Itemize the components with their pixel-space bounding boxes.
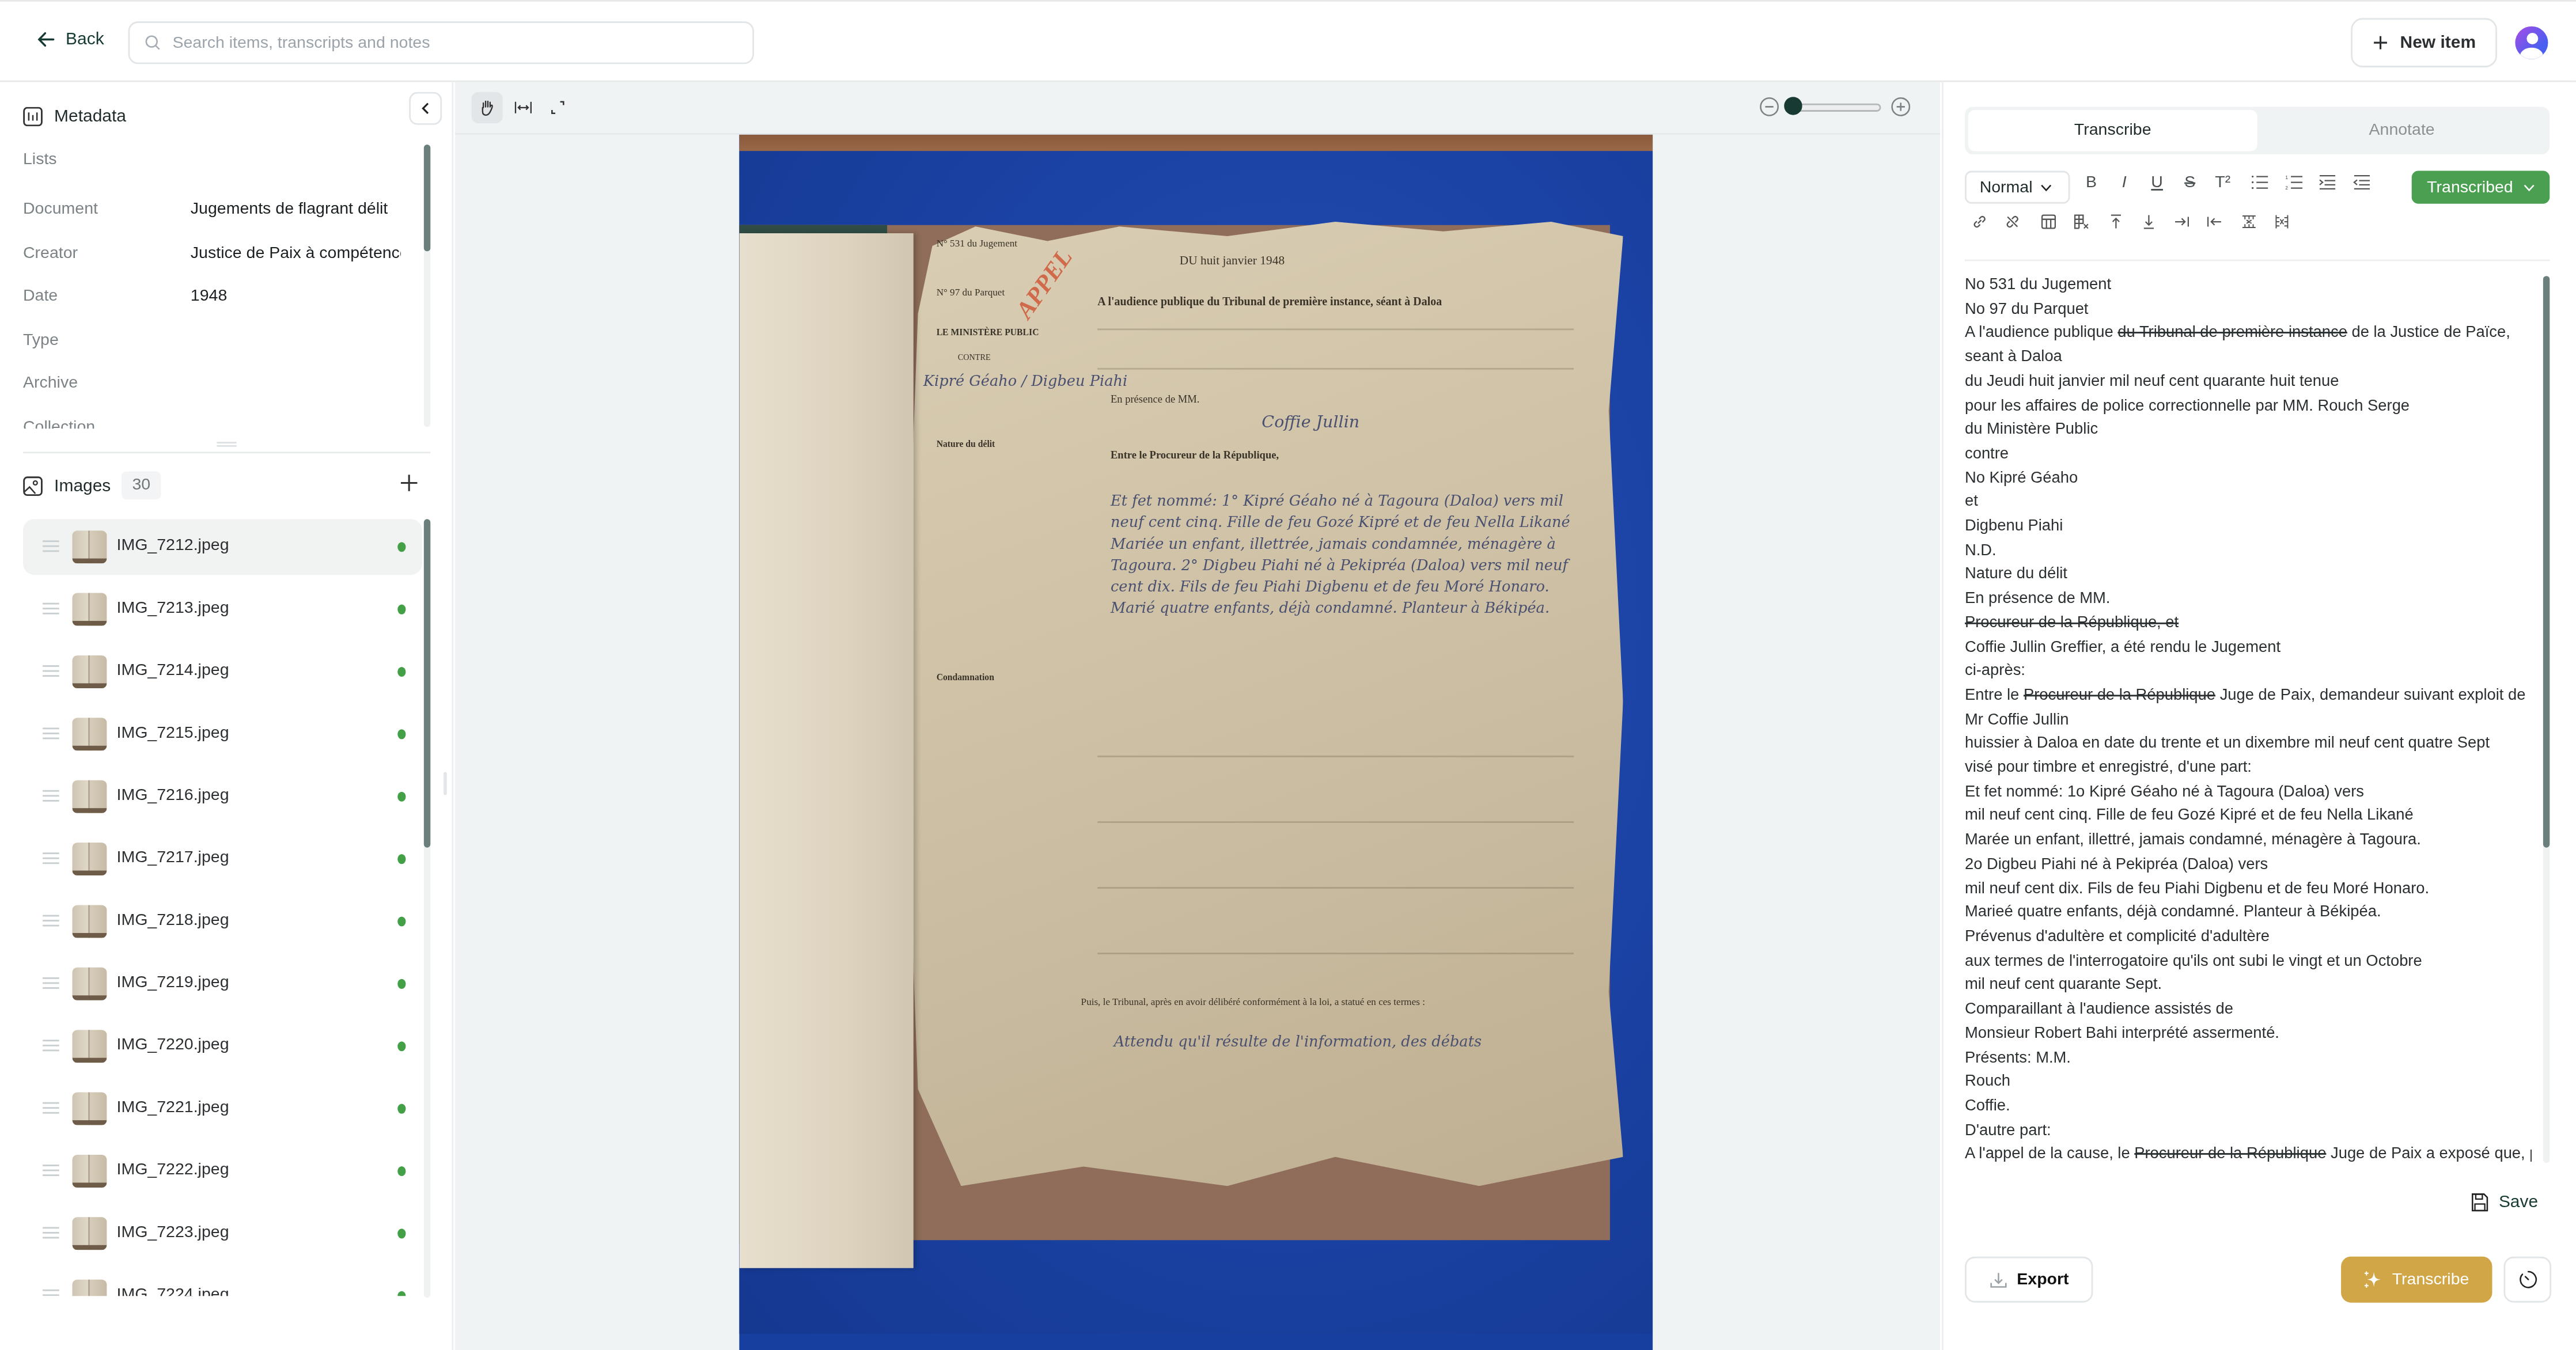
underline-icon[interactable]: U [2146, 171, 2169, 194]
fullscreen-button[interactable] [542, 92, 573, 123]
image-list: IMG_7212.jpeg IMG_7213.jpeg IMG_7214.jpe… [23, 519, 422, 1296]
fit-width-button[interactable] [507, 92, 539, 123]
doc-rule [1097, 887, 1574, 888]
transcribe-label: Transcribe [2392, 1271, 2469, 1288]
transcript-text: Monsieur Robert Bahi interprété assermen… [1965, 1025, 2279, 1042]
transcript-line[interactable]: Procureur de la République, et [1965, 612, 2532, 636]
image-name: IMG_7215.jpeg [116, 725, 229, 742]
back-button[interactable]: Back [36, 29, 104, 49]
superscript-icon[interactable]: T² [2211, 171, 2234, 194]
photo-left-flap [739, 233, 913, 1268]
transcript-text: du Jeudi huit janvier mil neuf cent quar… [1965, 373, 2339, 390]
image-list-item[interactable]: IMG_7222.jpeg [23, 1143, 422, 1199]
drag-handle-icon[interactable] [43, 727, 59, 739]
transcript-text: aux termes de l'interrogatoire qu'ils on… [1965, 952, 2422, 970]
insert-row-below-icon[interactable] [2137, 210, 2160, 233]
transcript-text: mil neuf cent cinq. Fille de feu Gozé Ki… [1965, 807, 2414, 825]
drag-handle-icon[interactable] [43, 603, 59, 615]
transcript-text: Juge de Paix, demandeur suivant exploit … [2215, 687, 2525, 704]
transcript-line[interactable]: Présents: M.M. [1965, 1047, 2532, 1071]
transcript-line[interactable]: Mr Coffie Jullin [1965, 709, 2532, 733]
transcript-line[interactable]: ci-après: [1965, 661, 2532, 685]
status-dot-icon [397, 729, 406, 739]
status-dot-icon [397, 1041, 406, 1051]
unlink-icon[interactable] [2001, 210, 2024, 233]
search-icon [145, 35, 161, 51]
transcription-status-dropdown[interactable]: Transcribed [2412, 171, 2550, 204]
transcript-text: Rouch [1965, 1073, 2010, 1091]
save-label: Save [2499, 1193, 2538, 1212]
status-dot-icon [397, 1104, 406, 1114]
zoom-out-icon[interactable] [1759, 97, 1779, 116]
bold-icon[interactable]: B [2080, 171, 2103, 194]
transcript-text: pour les affaires de police correctionne… [1965, 397, 2410, 415]
italic-icon[interactable]: I [2113, 171, 2136, 194]
transcript-line[interactable]: contre [1965, 443, 2532, 468]
doc-hand-body: Et fet nommé: 1° Kipré Géaho né à Tagour… [1111, 493, 1587, 621]
transcript-line[interactable]: du Ministère Public [1965, 419, 2532, 443]
document-image[interactable]: N° 531 du Jugement N° 97 du Parquet APPE… [739, 135, 1653, 1350]
transcript-line[interactable]: N.D. [1965, 540, 2532, 564]
status-dot-icon [397, 1228, 406, 1238]
hand-icon [478, 98, 496, 116]
panel-divider [23, 452, 430, 453]
transcript-text: Mr Coffie Jullin [1965, 711, 2069, 729]
images-scrollbar-thumb[interactable] [424, 519, 430, 847]
download-icon [1989, 1271, 2007, 1288]
transcript-text: Présents: M.M. [1965, 1049, 2071, 1067]
transcript-line[interactable]: Comparaillant à l'audience assistés de [1965, 999, 2532, 1023]
photo-page-text: N° 531 du Jugement N° 97 du Parquet APPE… [916, 230, 1607, 1174]
zoom-in-icon[interactable] [1891, 97, 1911, 116]
doc-condamnation: Condamnation [937, 673, 994, 683]
add-image-plus-icon[interactable] [397, 472, 421, 495]
drag-handle-icon[interactable] [43, 790, 59, 802]
status-dot-icon [397, 792, 406, 802]
images-header: Images 30 [23, 472, 160, 499]
plus-icon [2372, 35, 2389, 51]
image-thumbnail [72, 968, 107, 1000]
transcript-line[interactable]: No 531 du Jugement [1965, 274, 2532, 298]
drag-handle-icon[interactable] [43, 1290, 59, 1296]
transcript-line[interactable]: visé pour timbre et enregistré, d'une pa… [1965, 757, 2532, 782]
image-list-item[interactable]: IMG_7221.jpeg [23, 1081, 422, 1137]
metadata-icon [23, 107, 43, 126]
image-thumbnail [72, 1093, 107, 1125]
numbered-list-icon[interactable]: 12 [2282, 171, 2305, 194]
struck-text: Procureur de la République [2024, 687, 2215, 704]
image-thumbnail [72, 593, 107, 626]
doc-rule [1097, 953, 1574, 954]
transcription-editor[interactable]: No 531 du JugementNo 97 du ParquetA l'au… [1965, 274, 2532, 1166]
top-bar: Back New item [0, 0, 2576, 82]
expand-icon [550, 100, 565, 115]
strikethrough-icon[interactable]: S [2179, 171, 2202, 194]
doc-rule [1097, 368, 1574, 369]
transcript-text: seant à Daloa [1965, 348, 2062, 366]
doc-hand-attendu: Attendu qu'il résulte de l'information, … [1114, 1035, 1482, 1052]
save-button[interactable]: Save [2471, 1193, 2538, 1212]
transcript-text: A l'audience publique [1965, 324, 2117, 342]
field-value-document[interactable]: Jugements de flagrant délit [191, 200, 401, 218]
transcript-text: Entre le [1965, 687, 2024, 704]
transcript-line[interactable]: No Kipré Géaho [1965, 468, 2532, 492]
image-thumbnail [72, 1280, 107, 1296]
mode-tabs: Transcribe Annotate [1965, 107, 2550, 154]
image-name: IMG_7218.jpeg [116, 912, 229, 930]
zoom-slider[interactable] [1789, 103, 1881, 111]
export-label: Export [2017, 1271, 2069, 1288]
chevron-down-icon [2523, 183, 2535, 191]
drag-handle-icon[interactable] [43, 915, 59, 927]
transcript-text: Prévenus d'adultère et complicité d'adul… [1965, 928, 2270, 946]
collapse-panel-button[interactable] [409, 92, 442, 125]
transcript-line[interactable]: Et fet nommé: 1o Kipré Géaho né à Tagour… [1965, 782, 2532, 806]
transcript-line[interactable]: mil neuf cent dix. Fils de feu Piahi Dig… [1965, 878, 2532, 902]
doc-rule [1097, 328, 1574, 329]
metadata-scrollbar-thumb[interactable] [424, 145, 430, 251]
transcript-line[interactable]: seant à Daloa [1965, 347, 2532, 371]
images-count-badge: 30 [122, 472, 160, 499]
struck-text: Procureur de la République, et [1965, 614, 2179, 632]
avatar-head [2526, 33, 2537, 44]
transcript-text: Nature du délit [1965, 566, 2067, 583]
transcription-panel: Transcribe Annotate Normal B I U S T² 12 [1942, 82, 2576, 1350]
app-root: Back New item Metadata Lists Document Ju… [0, 0, 2576, 1350]
delete-column-icon[interactable] [2270, 210, 2293, 233]
arrow-left-icon [36, 29, 56, 49]
transcript-line[interactable]: Rouch [1965, 1071, 2532, 1095]
transcript-text: Juge de Paix a exposé que, par [2326, 1146, 2532, 1163]
zoom-slider-thumb[interactable] [1784, 97, 1802, 115]
field-label-lists: Lists [23, 151, 57, 169]
image-thumbnail [72, 655, 107, 688]
transcript-text: N.D. [1965, 541, 1997, 559]
image-list-item[interactable]: IMG_7218.jpeg [23, 893, 422, 949]
transcript-line[interactable]: Coffie. [1965, 1095, 2532, 1120]
transcript-line[interactable]: Coffie Jullin Greffier, a été rendu le J… [1965, 636, 2532, 661]
viewer-toolbar [455, 82, 1940, 135]
text-style-value: Normal [1980, 178, 2033, 196]
timer-icon [2518, 1270, 2537, 1290]
transcript-text: Digbenu Piahi [1965, 517, 2063, 535]
text-style-select[interactable]: Normal [1965, 171, 2070, 204]
transcript-line[interactable]: mil neuf cent quarante Sept. [1965, 974, 2532, 999]
status-dot-icon [397, 916, 406, 926]
status-dot-icon [397, 979, 406, 989]
toolbar-divider [1965, 260, 2550, 261]
image-thumbnail [72, 843, 107, 875]
transcript-text: 2o Digbeu Piahi né à Pekipréa (Daloa) ve… [1965, 856, 2268, 874]
transcript-line[interactable]: No 97 du Parquet [1965, 298, 2532, 323]
image-name: IMG_7217.jpeg [116, 849, 229, 867]
pan-tool-button[interactable] [472, 92, 503, 123]
drag-handle-icon[interactable] [43, 1040, 59, 1051]
transcript-text: Marieé quatre enfants, déjà condamné. Pl… [1965, 904, 2381, 922]
field-label-archive: Archive [23, 374, 78, 392]
transcript-text: contre [1965, 445, 2009, 463]
transcript-line[interactable]: et [1965, 492, 2532, 516]
transcript-line[interactable]: A l'audience publique du Tribunal de pre… [1965, 323, 2532, 347]
transcript-line[interactable]: pour les affaires de police correctionne… [1965, 395, 2532, 419]
transcript-text: huissier à Daloa en date du trente et un… [1965, 735, 2490, 753]
images-title: Images [54, 476, 111, 495]
metadata-title: Metadata [54, 107, 126, 126]
status-dot-icon [397, 542, 406, 552]
new-item-label: New item [2400, 33, 2476, 52]
transcript-line[interactable]: D'autre part: [1965, 1120, 2532, 1144]
transcript-line[interactable]: du Jeudi huit janvier mil neuf cent quar… [1965, 371, 2532, 395]
field-value-creator[interactable]: Justice de Paix à compétence é [191, 245, 401, 263]
image-list-item[interactable]: IMG_7216.jpeg [23, 769, 422, 825]
image-list-item[interactable]: IMG_7223.jpeg [23, 1205, 422, 1261]
struck-text: du Tribunal de première instance [2117, 324, 2347, 342]
transcript-text: Coffie. [1965, 1097, 2010, 1115]
save-icon [2471, 1193, 2488, 1212]
sparkle-icon [2364, 1270, 2382, 1290]
transcript-text: ci-après: [1965, 662, 2025, 680]
transcript-line[interactable]: Digbenu Piahi [1965, 516, 2532, 540]
transcript-text: A l'appel de la cause, le [1965, 1146, 2134, 1163]
status-dot-icon [397, 605, 406, 615]
left-panel: Metadata Lists Document Jugements de fla… [0, 82, 453, 1350]
editor-scrollbar-thumb[interactable] [2543, 276, 2550, 847]
image-name: IMG_7222.jpeg [116, 1161, 229, 1179]
history-button[interactable] [2503, 1257, 2551, 1303]
panel-split-handle[interactable] [217, 442, 236, 447]
transcript-text: mil neuf cent dix. Fils de feu Piahi Dig… [1965, 879, 2429, 897]
image-list-item[interactable]: IMG_7217.jpeg [23, 831, 422, 887]
image-name: IMG_7224.jpeg [116, 1286, 229, 1296]
field-label-collection: Collection [23, 419, 95, 428]
transcript-line[interactable]: aux termes de l'interrogatoire qu'ils on… [1965, 950, 2532, 974]
struck-text: Procureur de la République [2134, 1146, 2326, 1163]
insert-table-icon[interactable] [2037, 210, 2060, 233]
format-toolbar-row-2 [1965, 210, 2550, 243]
drag-handle-icon[interactable] [43, 1227, 59, 1238]
doc-ministere: LE MINISTÈRE PUBLIC [937, 328, 1039, 338]
export-button[interactable]: Export [1965, 1257, 2093, 1303]
drag-handle-icon[interactable] [43, 852, 59, 864]
image-list-item[interactable]: IMG_7220.jpeg [23, 1018, 422, 1074]
doc-rule [1097, 756, 1574, 757]
field-label-type: Type [23, 332, 59, 350]
image-name: IMG_7214.jpeg [116, 662, 229, 680]
field-label-date: Date [23, 287, 58, 305]
drag-handle-icon[interactable] [43, 977, 59, 989]
zoom-control [1759, 97, 1910, 116]
search-input[interactable] [169, 32, 728, 54]
drag-handle-icon[interactable] [43, 1165, 59, 1176]
image-name: IMG_7219.jpeg [116, 974, 229, 992]
transcript-text: No 531 du Jugement [1965, 276, 2111, 294]
transcript-line[interactable]: mil neuf cent cinq. Fille de feu Gozé Ki… [1965, 806, 2532, 830]
transcript-line[interactable]: Prévenus d'adultère et complicité d'adul… [1965, 926, 2532, 950]
new-item-button[interactable]: New item [2351, 18, 2497, 67]
transcript-line[interactable]: Nature du délit [1965, 564, 2532, 588]
doc-audience: A l'audience publique du Tribunal de pre… [1097, 295, 1442, 309]
image-thumbnail [72, 1155, 107, 1188]
back-label: Back [66, 29, 104, 49]
transcript-text: Et fet nommé: 1o Kipré Géaho né à Tagour… [1965, 783, 2364, 801]
image-list-item[interactable]: IMG_7215.jpeg [23, 706, 422, 762]
transcribe-button[interactable]: Transcribe [2341, 1257, 2492, 1303]
image-thumbnail [72, 780, 107, 813]
field-label-document: Document [23, 200, 98, 218]
transcript-text: D'autre part: [1965, 1121, 2051, 1139]
transcript-text: mil neuf cent quarante Sept. [1965, 976, 2162, 994]
insert-column-left-icon[interactable] [2203, 210, 2226, 233]
transcript-line[interactable]: Entre le Procureur de la République Juge… [1965, 685, 2532, 709]
transcript-text: Coffie Jullin Greffier, a été rendu le J… [1965, 638, 2280, 656]
image-thumbnail [72, 1217, 107, 1250]
photo-table-edge [739, 135, 1653, 151]
doc-contre: CONTRE [958, 355, 991, 363]
transcript-text: visé pour timbre et enregistré, d'une pa… [1965, 759, 2252, 777]
left-panel-resize-handle[interactable] [444, 772, 447, 795]
doc-puis: Puis, le Tribunal, après en avoir délibé… [1081, 999, 1425, 1008]
transcript-line[interactable]: A l'appel de la cause, le Procureur de l… [1965, 1144, 2532, 1166]
doc-stamp: APPEL [1012, 245, 1079, 325]
image-name: IMG_7223.jpeg [116, 1224, 229, 1242]
avatar-body [2520, 48, 2543, 59]
delete-table-icon[interactable] [2070, 210, 2093, 233]
transcript-text: et [1965, 494, 1978, 511]
field-value-date[interactable]: 1948 [191, 287, 401, 305]
doc-hand-greffier: Coffie Jullin [1262, 414, 1359, 432]
transcript-text: No 97 du Parquet [1965, 300, 2089, 318]
svg-text:2: 2 [2285, 185, 2287, 190]
image-thumbnail [72, 718, 107, 750]
image-name: IMG_7213.jpeg [116, 600, 229, 617]
link-icon[interactable] [1968, 210, 1991, 233]
transcript-line[interactable]: 2o Digbeu Piahi né à Pekipréa (Daloa) ve… [1965, 854, 2532, 878]
transcript-line[interactable]: Marieé quatre enfants, déjà condamné. Pl… [1965, 902, 2532, 927]
metadata-fields: Lists Document Jugements de flagrant dél… [0, 138, 430, 429]
image-name: IMG_7216.jpeg [116, 787, 229, 805]
user-avatar[interactable] [2515, 26, 2548, 59]
chevron-down-icon [2041, 183, 2052, 191]
image-viewer: N° 531 du Jugement N° 97 du Parquet APPE… [455, 82, 1940, 1350]
metadata-header: Metadata [23, 107, 126, 126]
tab-transcribe[interactable]: Transcribe [1968, 110, 2257, 151]
transcript-line[interactable]: huissier à Daloa en date du trente et un… [1965, 733, 2532, 757]
transcript-text: En présence de MM. [1965, 590, 2110, 608]
tab-annotate[interactable]: Annotate [2257, 110, 2547, 151]
field-label-creator: Creator [23, 245, 78, 263]
fit-width-icon [514, 100, 532, 115]
insert-column-right-icon[interactable] [2170, 210, 2193, 233]
format-toolbar: Normal B I U S T² 12 Transcribed [1965, 171, 2550, 204]
delete-row-icon[interactable] [2237, 210, 2260, 233]
image-name: IMG_7221.jpeg [116, 1099, 229, 1117]
status-dot-icon [397, 1166, 406, 1176]
bullet-list-icon[interactable] [2248, 171, 2271, 194]
image-list-item[interactable]: IMG_7224.jpeg [23, 1268, 422, 1296]
image-list-item[interactable]: IMG_7212.jpeg [23, 519, 422, 575]
image-list-item[interactable]: IMG_7213.jpeg [23, 582, 422, 638]
status-dot-icon [397, 854, 406, 864]
doc-hand-names: Kipré Géaho / Digbeu Piahi [923, 374, 1127, 391]
doc-date-line: DU huit janvier 1948 [1180, 253, 1285, 268]
transcript-line[interactable]: Monsieur Robert Bahi interprété assermen… [1965, 1023, 2532, 1047]
insert-row-above-icon[interactable] [2104, 210, 2127, 233]
outdent-icon[interactable] [2349, 171, 2372, 194]
doc-no-jugement: N° 531 du Jugement [937, 240, 1017, 249]
doc-entre-le: Entre le Procureur de la République, [1111, 450, 1279, 461]
doc-rule [1097, 821, 1574, 822]
image-list-item[interactable]: IMG_7214.jpeg [23, 644, 422, 700]
transcription-status-label: Transcribed [2427, 178, 2513, 196]
transcript-text: du Ministère Public [1965, 421, 2098, 439]
image-thumbnail [72, 905, 107, 938]
svg-text:1: 1 [2285, 175, 2287, 180]
transcript-text: Comparaillant à l'audience assistés de [1965, 1000, 2233, 1018]
transcript-text: Marée un enfant, illettré, jamais condam… [1965, 832, 2421, 850]
chevron-left-icon [419, 102, 432, 115]
doc-en-presence: En présence de MM. [1111, 394, 1199, 405]
transcript-line[interactable]: Marée un enfant, illettré, jamais condam… [1965, 830, 2532, 854]
image-list-item[interactable]: IMG_7219.jpeg [23, 956, 422, 1012]
transcript-line[interactable]: En présence de MM. [1965, 588, 2532, 612]
transcript-text: de la Justice de Païce, [2347, 324, 2510, 342]
image-thumbnail [72, 530, 107, 563]
image-thumbnail [72, 1030, 107, 1063]
doc-no-parquet: N° 97 du Parquet [937, 289, 1005, 299]
transcript-text: No Kipré Géaho [1965, 469, 2078, 487]
status-dot-icon [397, 1291, 406, 1296]
drag-handle-icon[interactable] [43, 540, 59, 552]
drag-handle-icon[interactable] [43, 1102, 59, 1114]
search-box[interactable] [128, 21, 754, 64]
image-icon [23, 476, 43, 495]
indent-icon[interactable] [2314, 171, 2338, 194]
status-dot-icon [397, 667, 406, 677]
doc-nature: Nature du délit [937, 440, 995, 450]
image-name: IMG_7212.jpeg [116, 537, 229, 555]
image-name: IMG_7220.jpeg [116, 1037, 229, 1055]
drag-handle-icon[interactable] [43, 665, 59, 677]
